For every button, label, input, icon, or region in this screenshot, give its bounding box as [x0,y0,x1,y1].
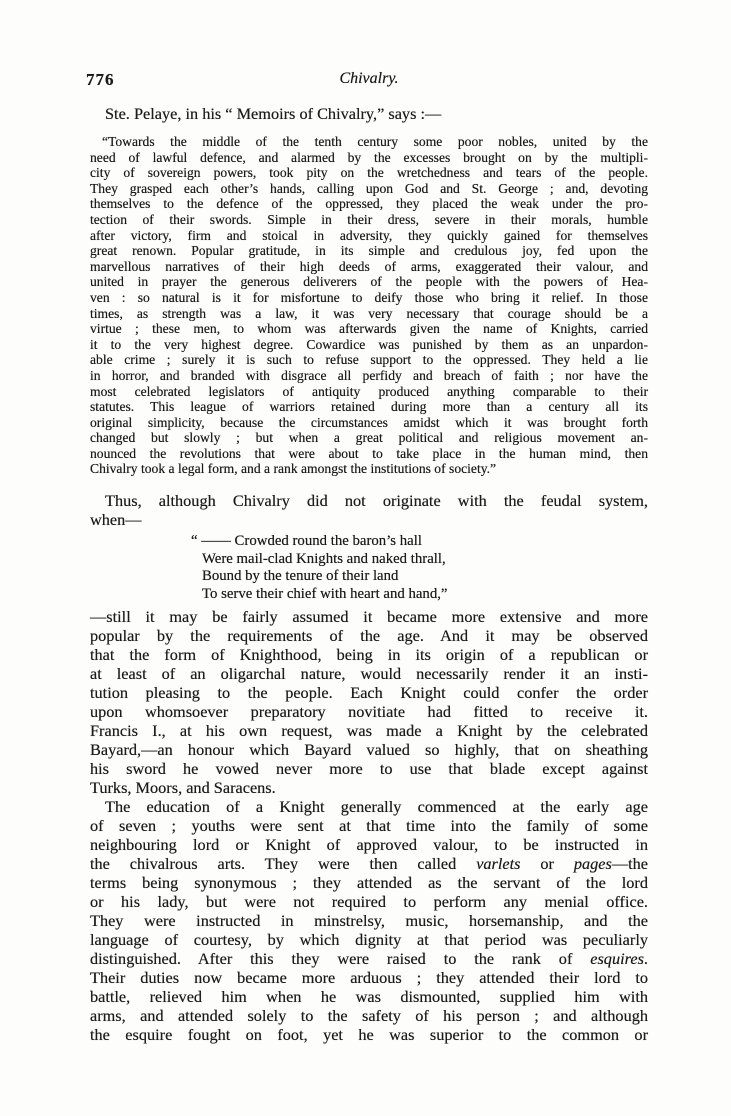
text-line: times, as strength was a law, it was ver… [90,306,648,322]
text-line: Turks, Moors, and Saracens. [90,778,648,797]
text-line: battle, relieved him when he was dismoun… [90,987,648,1006]
text-line: most celebrated legislators of antiquity… [90,384,648,400]
page-header: 776 Chivalry. [90,70,648,92]
text-line: Thus, although Chivalry did not originat… [90,491,648,510]
paragraph-education: The education of a Knight generally comm… [90,797,648,1044]
text-line: the chivalrous arts. They were then call… [90,854,648,873]
text-line: great renown. Popular gratitude, in its … [90,243,648,259]
text-line: “Towards the middle of the tenth century… [90,134,648,150]
text-line: city of sovereign powers, took pity on t… [90,165,648,181]
text-line: when— [90,510,648,529]
text-line: after victory, firm and stoical in adver… [90,228,648,244]
text-line: changed but slowly ; but when a great po… [90,430,648,446]
text-line: statutes. This league of warriors retain… [90,399,648,415]
text-line: tection of their swords. Simple in their… [90,212,648,228]
text-line: marvellous narratives of their high deed… [90,259,648,275]
intro-line: Ste. Pelaye, in his “ Memoirs of Chivalr… [90,104,648,124]
text-line: “ —— Crowded round the baron’s hall [191,533,648,551]
text-line: distinguished. After this they were rais… [90,949,648,968]
text-line: at least of an oligarchal nature, would … [90,664,648,683]
page-number: 776 [86,70,115,90]
text-line: Bayard,—an honour which Bayard valued so… [90,740,648,759]
text-line: tution pleasing to the people. Each Knig… [90,683,648,702]
running-title: Chivalry. [90,70,648,88]
text-line: his sword he vowed never more to use tha… [90,759,648,778]
text-line: —still it may be fairly assumed it becam… [90,607,648,626]
paragraph-still: —still it may be fairly assumed it becam… [90,607,648,797]
text-line: terms being synonymous ; they attended a… [90,873,648,892]
text-line: original simplicity, because the circums… [90,415,648,431]
text-line: themselves to the defence of the oppress… [90,196,648,212]
text-line: or his lady, but were not required to pe… [90,892,648,911]
text-line: They were instructed in minstrelsy, musi… [90,911,648,930]
text-line: Francis I., at his own request, was made… [90,721,648,740]
text-line: united in prayer the generous deliverers… [90,274,648,290]
text-line: arms, and attended solely to the safety … [90,1006,648,1025]
poem-quote: “ —— Crowded round the baron’s hallWere … [202,533,648,603]
text-line: ven : so natural is it for misfortune to… [90,290,648,306]
text-line: need of lawful defence, and alarmed by t… [90,150,648,166]
text-line: Chivalry took a legal form, and a rank a… [90,461,648,477]
text-line: that the form of Knighthood, being in it… [90,645,648,664]
text-line: Their duties now became more arduous ; t… [90,968,648,987]
text-line: nounced the revolutions that were about … [90,446,648,462]
text-line: upon whomsoever preparatory novitiate ha… [90,702,648,721]
text-line: To serve their chief with heart and hand… [202,586,648,604]
text-line: the esquire fought on foot, yet he was s… [90,1025,648,1044]
text-line: virtue ; these men, to whom was afterwar… [90,321,648,337]
blockquote-sainte-pelaye: “Towards the middle of the tenth century… [90,134,648,477]
text-block: 776 Chivalry. Ste. Pelaye, in his “ Memo… [90,70,648,1044]
text-line: Were mail-clad Knights and naked thrall, [202,551,648,569]
text-line: Bound by the tenure of their land [202,568,648,586]
text-line: They grasped each other’s hands, calling… [90,181,648,197]
text-line: of seven ; youths were sent at that time… [90,816,648,835]
text-line: language of courtesy, by which dignity a… [90,930,648,949]
text-line: it to the very highest degree. Cowardice… [90,337,648,353]
text-line: neighbouring lord or Knight of approved … [90,835,648,854]
text-line: The education of a Knight generally comm… [90,797,648,816]
text-line: popular by the requirements of the age. … [90,626,648,645]
paragraph-thus: Thus, although Chivalry did not originat… [90,491,648,529]
text-line: in horror, and branded with disgrace all… [90,368,648,384]
text-line: able crime ; surely it is such to refuse… [90,352,648,368]
book-page: 776 Chivalry. Ste. Pelaye, in his “ Memo… [0,0,731,1116]
